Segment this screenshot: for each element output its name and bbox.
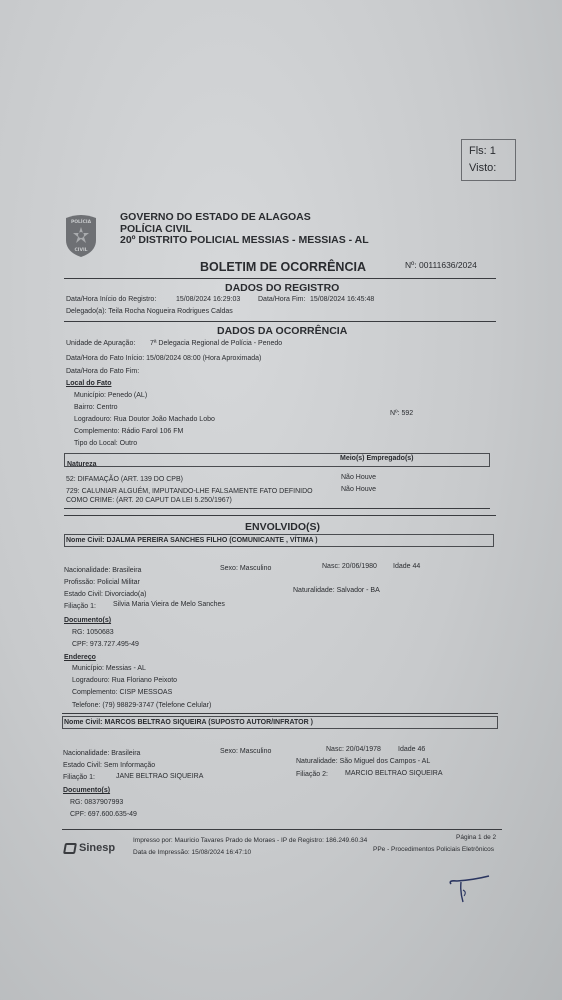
meio-col-header: Meio(s) Empregado(s) [340, 455, 414, 462]
section-registro: DADOS DO REGISTRO [225, 282, 339, 294]
envolvido-2-idade: Idade 46 [398, 746, 425, 753]
envolvido-2-naturalidade: Naturalidade: São Miguel dos Campos - AL [296, 758, 430, 765]
section-envolvidos: ENVOLVIDO(S) [245, 521, 320, 533]
meio-row-1: Não Houve [341, 474, 376, 481]
local-tipo: Tipo do Local: Outro [74, 440, 137, 447]
envolvido-1-cpf: CPF: 973.727.495-49 [72, 641, 139, 648]
envolvido-2-estado-civil: Estado Civil: Sem Informação [63, 762, 155, 769]
footer-divider [62, 829, 502, 830]
envolvido-2-nasc: Nasc: 20/04/1978 [326, 746, 381, 753]
local-logradouro: Logradouro: Rua Doutor João Machado Lobo [74, 416, 215, 423]
police-badge-icon: POLÍCIA CIVIL [63, 212, 99, 258]
envolvido-1-idade: Idade 44 [393, 563, 420, 570]
meio-row-2: Não Houve [341, 486, 376, 493]
natureza-row-2-cont: COMO CRIME: (ART. 20 CAPUT DA LEI 5.250/… [66, 497, 232, 504]
natureza-header-box [64, 453, 490, 467]
envolvido-1-endereco-heading: Endereço [64, 654, 96, 661]
sinesp-logo-icon [63, 843, 77, 854]
envolvido-1-naturalidade: Naturalidade: Salvador - BA [293, 587, 380, 594]
envolvido-2-documentos-heading: Documento(s) [63, 787, 110, 794]
envolvido-1-filiacao1-label: Filiação 1: [64, 603, 96, 610]
natureza-row-1: 52: DIFAMAÇÃO (ART. 139 DO CPB) [66, 476, 183, 483]
envolvido-2-filiacao1-label: Filiação 1: [63, 774, 95, 781]
local-municipio: Município: Penedo (AL) [74, 392, 147, 399]
local-numero: Nº: 592 [390, 410, 413, 417]
envolvido-1-nome: Nome Civil: DJALMA PEREIRA SANCHES FILHO… [66, 537, 318, 544]
divider [62, 713, 498, 714]
envolvido-1-filiacao1: Silvia Maria Vieira de Melo Sanches [113, 601, 225, 608]
section-ocorrencia: DADOS DA OCORRÊNCIA [217, 325, 347, 337]
divider [64, 515, 496, 516]
fls-visto-box: Fls: 1 Visto: [461, 139, 516, 181]
envolvido-1-logradouro: Logradouro: Rua Floriano Peixoto [72, 677, 177, 684]
footer-impresso: Impresso por: Mauricio Tavares Prado de … [133, 837, 367, 844]
envolvido-1-estado-civil: Estado Civil: Divorciado(a) [64, 591, 146, 598]
envolvido-2-rg: RG: 0837907993 [70, 799, 123, 806]
registro-inicio-label: Data/Hora Início do Registro: [66, 296, 156, 303]
sinesp-logo-text: Sinesp [79, 842, 115, 854]
envolvido-1-telefone: Telefone: (79) 98829-3747 (Telefone Celu… [72, 702, 211, 709]
fato-inicio: Data/Hora do Fato Início: 15/08/2024 08:… [66, 355, 261, 362]
envolvido-2-nome: Nome Civil: MARCOS BELTRAO SIQUEIRA (SUP… [64, 719, 313, 726]
natureza-col-header: Natureza [67, 461, 97, 468]
footer-ppe: PPe - Procedimentos Policiais Eletrônico… [373, 846, 494, 853]
envolvido-2-filiacao1: JANE BELTRAO SIQUEIRA [116, 773, 203, 780]
local-bairro: Bairro: Centro [74, 404, 118, 411]
envolvido-1-profissao: Profissão: Policial Militar [64, 579, 140, 586]
registro-fim-value: 15/08/2024 16:45:48 [310, 296, 374, 303]
envolvido-2-cpf: CPF: 697.600.635-49 [70, 811, 137, 818]
registro-inicio-value: 15/08/2024 16:29:03 [176, 296, 240, 303]
svg-text:CIVIL: CIVIL [74, 247, 87, 253]
header-line-1: GOVERNO DO ESTADO DE ALAGOAS [120, 212, 369, 224]
local-complemento: Complemento: Rádio Farol 106 FM [74, 428, 183, 435]
divider [64, 278, 496, 279]
sinesp-logo: Sinesp [64, 842, 115, 854]
header-line-3: 20º DISTRITO POLICIAL MESSIAS - MESSIAS … [120, 235, 369, 247]
bo-number: Nº: 00111636/2024 [405, 260, 477, 270]
fls-label: Fls: 1 [469, 143, 515, 160]
envolvido-2-filiacao2-label: Filiação 2: [296, 771, 328, 778]
envolvido-1-rg: RG: 1050683 [72, 629, 114, 636]
document-title: BOLETIM DE OCORRÊNCIA [200, 260, 366, 274]
signature-mark [445, 872, 495, 912]
envolvido-2-filiacao2: MARCIO BELTRAO SIQUEIRA [345, 770, 443, 777]
divider [64, 321, 496, 322]
footer-data-impressao: Data de Impressão: 15/08/2024 16:47:10 [133, 849, 251, 856]
envolvido-1-municipio: Município: Messias - AL [72, 665, 146, 672]
local-heading: Local do Fato [66, 380, 112, 387]
envolvido-1-documentos-heading: Documento(s) [64, 617, 111, 624]
document-page: Fls: 1 Visto: POLÍCIA CIVIL GOVERNO DO E… [0, 0, 562, 1000]
envolvido-1-sexo: Sexo: Masculino [220, 565, 271, 572]
delegado: Delegado(a): Teila Rocha Nogueira Rodrig… [66, 308, 233, 315]
envolvido-1-complemento: Complemento: CISP MESSOAS [72, 689, 172, 696]
fato-fim: Data/Hora do Fato Fim: [66, 368, 139, 375]
divider [64, 508, 490, 509]
envolvido-2-nacionalidade: Nacionalidade: Brasileira [63, 750, 140, 757]
envolvido-1-nacionalidade: Nacionalidade: Brasileira [64, 567, 141, 574]
visto-label: Visto: [469, 160, 515, 177]
unidade-label: Unidade de Apuração: [66, 340, 135, 347]
unidade-value: 7ª Delegacia Regional de Polícia - Pened… [150, 340, 282, 347]
natureza-row-2: 729: CALUNIAR ALGUÉM, IMPUTANDO-LHE FALS… [66, 488, 313, 495]
footer-pagina: Página 1 de 2 [456, 834, 496, 841]
registro-fim-label: Data/Hora Fim: [258, 296, 305, 303]
envolvido-1-nasc: Nasc: 20/06/1980 [322, 563, 377, 570]
envolvido-2-sexo: Sexo: Masculino [220, 748, 271, 755]
